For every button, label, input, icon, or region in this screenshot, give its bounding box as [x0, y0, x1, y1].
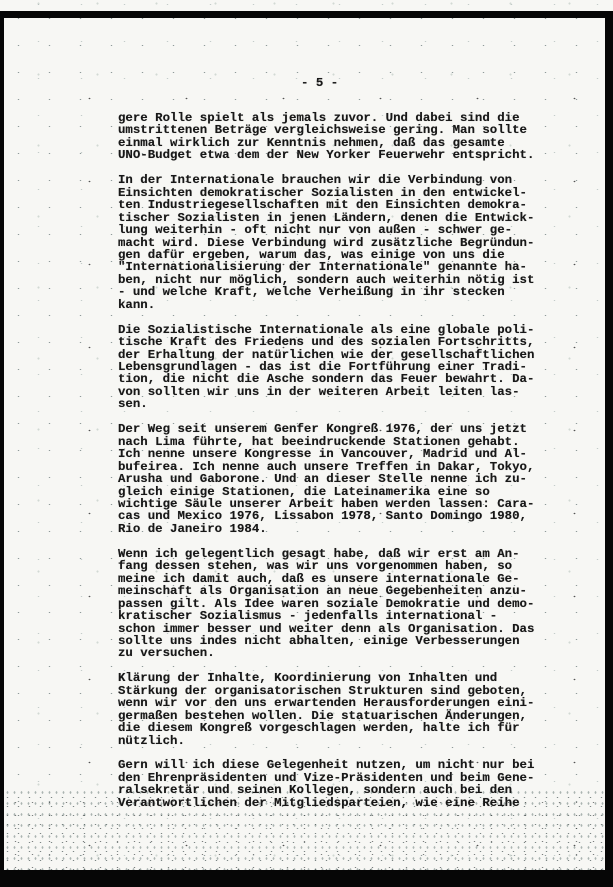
document-body: gere Rolle spielt als jemals zuvor. Und … — [118, 112, 568, 809]
scanned-page: - 5 - gere Rolle spielt als jemals zuvor… — [0, 0, 613, 887]
paragraph: Klärung der Inhalte, Koordinierung von I… — [118, 672, 568, 747]
scan-edge-bottom — [0, 870, 613, 887]
scan-edge-top — [0, 11, 613, 18]
paragraph: Der Weg seit unserem Genfer Kongreß 1976… — [118, 423, 568, 535]
paragraph: gere Rolle spielt als jemals zuvor. Und … — [118, 112, 568, 162]
scan-edge-left — [0, 11, 4, 887]
scan-edge-right — [605, 11, 613, 887]
paragraph: In der Internationale brauchen wir die V… — [118, 174, 568, 311]
page-number: - 5 - — [301, 77, 338, 89]
paragraph: Wenn ich gelegentlich gesagt habe, daß w… — [118, 548, 568, 660]
paragraph: Gern will ich diese Gelegenheit nutzen, … — [118, 759, 568, 809]
paragraph: Die Sozialistische Internationale als ei… — [118, 324, 568, 411]
